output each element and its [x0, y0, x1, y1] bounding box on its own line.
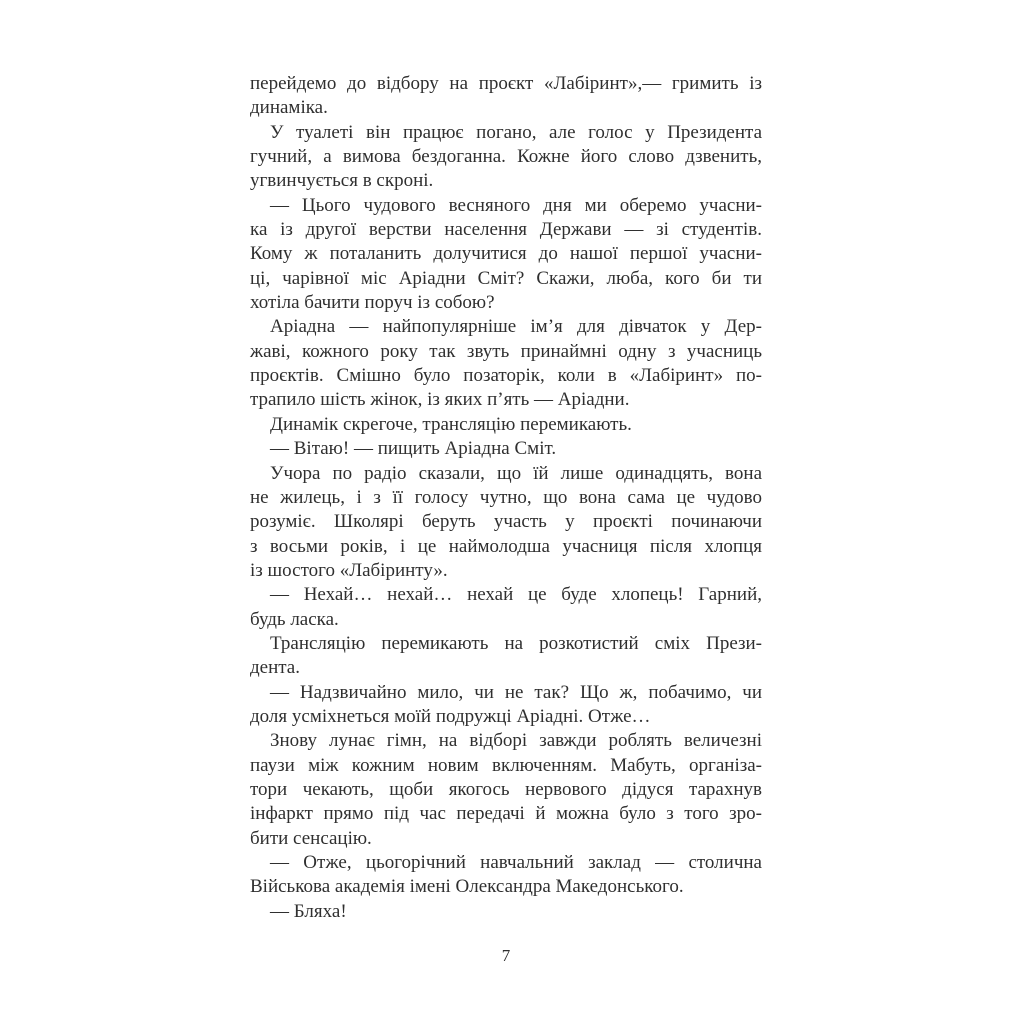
- page-text: перейдемо до відбору на проєкт «Лабіринт…: [250, 72, 762, 924]
- book-page: перейдемо до відбору на проєкт «Лабіринт…: [0, 0, 1024, 1024]
- text-line: інфаркт прямо під час передачі й можна б…: [250, 802, 762, 826]
- text-line: динаміка.: [250, 96, 762, 120]
- text-line: бити сенсацію.: [250, 827, 762, 851]
- text-line: ці, чарівної міс Аріадни Сміт? Скажи, лю…: [250, 267, 762, 291]
- text-line: — Отже, цьогорічний навчальний заклад — …: [250, 851, 762, 875]
- text-line: будь ласка.: [250, 608, 762, 632]
- text-line: Аріадна — найпопулярніше ім’я для дівчат…: [250, 315, 762, 339]
- text-line: Військова академія імені Олександра Маке…: [250, 875, 762, 899]
- text-line: гучний, а вимова бездоганна. Кожне його …: [250, 145, 762, 169]
- text-line: У туалеті він працює погано, але голос у…: [250, 121, 762, 145]
- text-line: Учора по радіо сказали, що їй лише одина…: [250, 462, 762, 486]
- text-line: проєктів. Смішно було позаторік, коли в …: [250, 364, 762, 388]
- text-line: ка із другої верстви населення Держави —…: [250, 218, 762, 242]
- text-line: доля усміхнеться моїй подружці Аріадні. …: [250, 705, 762, 729]
- text-line: трапило шість жінок, із яких п’ять — Арі…: [250, 388, 762, 412]
- text-line: Знову лунає гімн, на відборі завжди робл…: [250, 729, 762, 753]
- page-number: 7: [250, 946, 762, 966]
- text-line: не жилець, і з її голосу чутно, що вона …: [250, 486, 762, 510]
- text-line: розуміє. Школярі беруть участь у проєкті…: [250, 510, 762, 534]
- text-line: — Вітаю! — пищить Аріадна Сміт.: [250, 437, 762, 461]
- text-line: угвинчується в скроні.: [250, 169, 762, 193]
- text-line: жаві, кожного року так звуть принаймні о…: [250, 340, 762, 364]
- text-line: — Нехай… нехай… нехай це буде хлопець! Г…: [250, 583, 762, 607]
- text-line: хотіла бачити поруч із собою?: [250, 291, 762, 315]
- text-line: із шостого «Лабіринту».: [250, 559, 762, 583]
- text-line: дента.: [250, 656, 762, 680]
- text-line: перейдемо до відбору на проєкт «Лабіринт…: [250, 72, 762, 96]
- text-line: — Бляха!: [250, 900, 762, 924]
- text-line: Трансляцію перемикають на розкотистий см…: [250, 632, 762, 656]
- text-line: тори чекають, щоби якогось нервового дід…: [250, 778, 762, 802]
- text-line: — Цього чудового весняного дня ми оберем…: [250, 194, 762, 218]
- text-line: Динамік скрегоче, трансляцію перемикають…: [250, 413, 762, 437]
- text-line: з восьми років, і це наймолодша учасниця…: [250, 535, 762, 559]
- text-line: паузи між кожним новим включенням. Мабут…: [250, 754, 762, 778]
- text-line: Кому ж поталанить долучитися до нашої пе…: [250, 242, 762, 266]
- text-line: — Надзвичайно мило, чи не так? Що ж, поб…: [250, 681, 762, 705]
